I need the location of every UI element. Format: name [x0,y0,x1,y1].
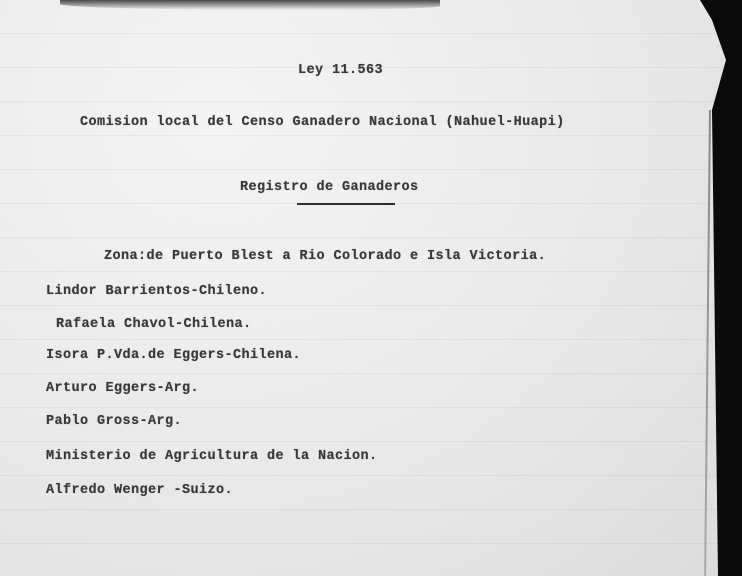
register-title: Registro de Ganaderos [240,180,419,195]
entry-line: Rafaela Chavol-Chilena. [56,317,252,332]
title-underline [297,203,395,205]
entry-line: Isora P.Vda.de Eggers-Chilena. [46,348,301,363]
entry-line: Lindor Barrientos-Chileno. [46,284,267,299]
commission-title: Comision local del Censo Ganadero Nacion… [80,115,565,130]
entry-line: Arturo Eggers-Arg. [46,381,199,396]
entry-line: Alfredo Wenger -Suizo. [46,483,233,498]
law-heading: Ley 11.563 [298,63,383,78]
entry-line: Pablo Gross-Arg. [46,414,182,429]
zone-line: Zona:de Puerto Blest a Rio Colorado e Is… [104,249,546,264]
entry-line: Ministerio de Agricultura de la Nacion. [46,449,378,464]
